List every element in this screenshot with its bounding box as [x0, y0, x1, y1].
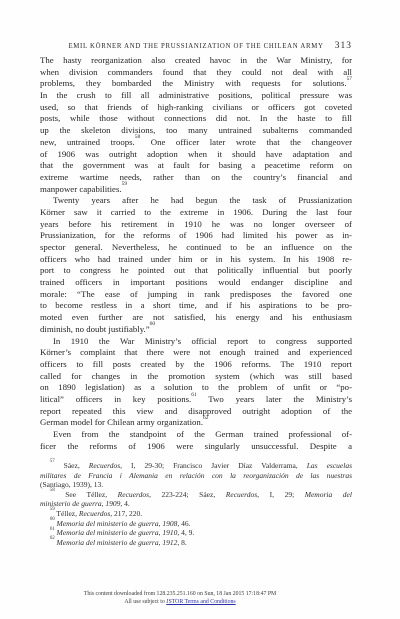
text-line: 59 Téllez, Recuerdos, 217, 220.	[40, 509, 352, 519]
text-line: called for changes in the promotion syst…	[40, 371, 352, 383]
download-notice: This content downloaded from 128.235.251…	[0, 591, 360, 599]
page-number: 313	[335, 41, 352, 51]
text-line: Twenty years after he had begun the task…	[40, 195, 352, 207]
footnote: 62 Memoria del ministerio de guerra, 191…	[40, 538, 352, 548]
usage-prefix: All use subject to	[124, 599, 166, 605]
text-line: extreme wartime needs, rather than on th…	[40, 172, 352, 184]
text-line: 62 Memoria del ministerio de guerra, 191…	[40, 538, 352, 548]
text-line: moted even further are not satisfied, hi…	[40, 312, 352, 324]
text-line: Prussianization, for the reforms of 1906…	[40, 230, 352, 242]
body-text: The hasty reorganization also created ha…	[40, 55, 352, 452]
text-line: litical” officers in key positions.61 Tw…	[40, 394, 352, 406]
text-line: manpower capabilities.59	[40, 184, 352, 196]
text-line: when division commanders found that they…	[40, 67, 352, 79]
text-line: 60 Memoria del ministerio de guerra, 190…	[40, 519, 352, 529]
footnotes-section: 57 Sáez, Recuerdos, I, 29-30; Francisco …	[40, 461, 352, 547]
paragraph: Even from the standpoint of the German t…	[40, 429, 352, 452]
text-line: of 1906 was outright adoption when it sh…	[40, 149, 352, 161]
text-line: officers to fill posts created by the 19…	[40, 359, 352, 371]
footnote: 61 Memoria del ministerio de guerra, 191…	[40, 528, 352, 538]
paragraph: Twenty years after he had begun the task…	[40, 195, 352, 335]
text-line: Even from the standpoint of the German t…	[40, 429, 352, 441]
running-header-title: EMIL KÖRNER AND THE PRUSSIANIZATION OF T…	[40, 43, 352, 55]
text-line: Körner saw it carried to the extreme in …	[40, 207, 352, 219]
text-line: to become restless in a short time, and …	[40, 300, 352, 312]
text-line: officers who had trained under him or in…	[40, 254, 352, 266]
text-line: The hasty reorganization also created ha…	[40, 55, 352, 67]
text-line: militares de Francia i Alemania en relac…	[40, 471, 352, 481]
paragraph: In 1910 the War Ministry’s official repo…	[40, 336, 352, 430]
text-line: 61 Memoria del ministerio de guerra, 191…	[40, 528, 352, 538]
text-line: years before his retirement in 1910 he w…	[40, 219, 352, 231]
text-line: ministerio de guerra, 1909, 4.	[40, 499, 352, 509]
text-line: German model for Chilean army organizati…	[40, 417, 352, 429]
text-line: that the government was at fault for bas…	[40, 160, 352, 172]
text-line: In 1910 the War Ministry’s official repo…	[40, 336, 352, 348]
text-line: diminish, no doubt justifiably.”60	[40, 324, 352, 336]
text-line: morale: “The ease of jumping in rank pre…	[40, 289, 352, 301]
text-line: 57 Sáez, Recuerdos, I, 29-30; Francisco …	[40, 461, 352, 471]
text-line: spector general. Nevertheless, he contin…	[40, 242, 352, 254]
text-line: Körner’s complaint that there were not e…	[40, 347, 352, 359]
text-line: ficer the reforms of 1906 were singularl…	[40, 441, 352, 453]
text-line: posts, while those without connections d…	[40, 113, 352, 125]
text-line: 58 See Téllez, Recuerdos, 223-224; Sáez,…	[40, 490, 352, 500]
text-line: port to congress he pointed out that pol…	[40, 265, 352, 277]
jstor-terms-link[interactable]: JSTOR Terms and Conditions	[166, 599, 235, 605]
scanned-paper-page: EMIL KÖRNER AND THE PRUSSIANIZATION OF T…	[0, 0, 400, 619]
footnote: 59 Téllez, Recuerdos, 217, 220.	[40, 509, 352, 519]
text-line: trained officers in important positions …	[40, 277, 352, 289]
text-line: (Santiago, 1939), 13.	[40, 480, 352, 490]
text-line: report repeated this view and disapprove…	[40, 406, 352, 418]
text-line: In the crush to fill all administrative …	[40, 90, 352, 102]
footnote: 60 Memoria del ministerio de guerra, 190…	[40, 519, 352, 529]
usage-notice: All use subject to JSTOR Terms and Condi…	[0, 599, 360, 607]
jstor-footer: This content downloaded from 128.235.251…	[0, 591, 360, 606]
footnote: 58 See Téllez, Recuerdos, 223-224; Sáez,…	[40, 490, 352, 509]
text-line: up the skeleton divisions, too many untr…	[40, 125, 352, 137]
text-line: problems, they bombarded the Ministry wi…	[40, 78, 352, 90]
paragraph: The hasty reorganization also created ha…	[40, 55, 352, 195]
footnote: 57 Sáez, Recuerdos, I, 29-30; Francisco …	[40, 461, 352, 490]
text-line: new, untrained troops.58 One officer lat…	[40, 137, 352, 149]
text-line: used, so that friends of high-ranking ci…	[40, 102, 352, 114]
